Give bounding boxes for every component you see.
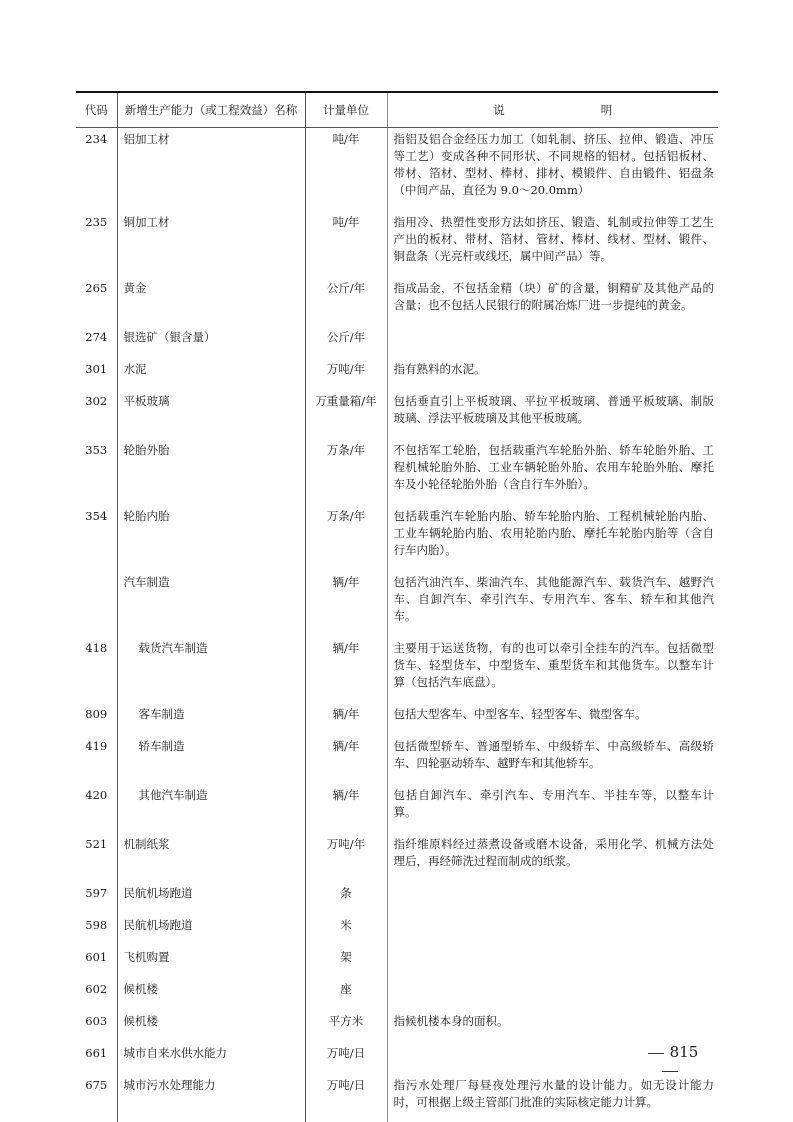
cell-code: 353 <box>76 439 117 505</box>
page-number: 815 <box>630 1043 710 1079</box>
cell-description: 指成品金，不包括金精（块）矿的含量，铜精矿及其他产品的含量；也不包括人民银行的附… <box>387 277 718 326</box>
header-description-right: 明 <box>601 103 613 117</box>
table-row: 420其他汽车制造辆/年包括自卸汽车、牵引汽车、专用汽车、半挂车等，以整车计算。 <box>76 784 718 833</box>
cell-code: 420 <box>76 784 117 833</box>
cell-unit: 万条/年 <box>305 505 387 571</box>
cell-description: 主要用于运送货物，有的也可以牵引全挂车的汽车。包括微型货车、轻型货车、中型货车、… <box>387 637 718 703</box>
cell-unit: 米 <box>305 914 387 946</box>
table-body: 234铝加工材吨/年指铝及铝合金经压力加工（如轧制、挤压、拉伸、锻造、冲压等工艺… <box>76 128 718 1122</box>
cell-description: 指污水处理厂每昼夜处理污水量的设计能力。如无设计能力时，可根据上级主管部门批准的… <box>387 1074 718 1122</box>
cell-name: 铜加工材 <box>117 211 305 277</box>
cell-unit: 公斤/年 <box>305 277 387 326</box>
cell-description <box>387 326 718 358</box>
cell-description: 包括大型客车、中型客车、轻型客车、微型客车。 <box>387 703 718 735</box>
cell-name: 候机楼 <box>117 978 305 1010</box>
cell-name: 城市污水处理能力 <box>117 1074 305 1122</box>
dash-left <box>648 1053 664 1054</box>
cell-code <box>76 571 117 637</box>
table-row: 597民航机场跑道条 <box>76 882 718 914</box>
cell-name: 民航机场跑道 <box>117 914 305 946</box>
header-unit: 计量单位 <box>305 93 387 128</box>
cell-unit: 公斤/年 <box>305 326 387 358</box>
cell-unit: 吨/年 <box>305 211 387 277</box>
header-description-left: 说 <box>493 103 505 117</box>
cell-name: 候机楼 <box>117 1010 305 1042</box>
cell-description <box>387 946 718 978</box>
table-row: 521机制纸浆万吨/年指纤维原料经过蒸煮设备或磨木设备，采用化学、机械方法处理后… <box>76 833 718 882</box>
cell-description: 包括载重汽车轮胎内胎、轿车轮胎内胎、工程机械轮胎内胎、工业车辆轮胎内胎、农用轮胎… <box>387 505 718 571</box>
cell-code: 418 <box>76 637 117 703</box>
table-row: 353轮胎外胎万条/年不包括军工轮胎，包括载重汽车轮胎外胎、轿车轮胎外胎、工程机… <box>76 439 718 505</box>
cell-code: 301 <box>76 358 117 390</box>
table-row: 265黄金公斤/年指成品金，不包括金精（块）矿的含量，铜精矿及其他产品的含量；也… <box>76 277 718 326</box>
cell-code: 354 <box>76 505 117 571</box>
cell-description <box>387 914 718 946</box>
cell-unit: 万条/年 <box>305 439 387 505</box>
cell-name: 民航机场跑道 <box>117 882 305 914</box>
cell-unit: 条 <box>305 882 387 914</box>
cell-code: 597 <box>76 882 117 914</box>
cell-name: 客车制造 <box>117 703 305 735</box>
cell-description: 指用冷、热塑性变形方法如挤压、锻造、轧制或拉伸等工艺生产出的板材、带材、箔材、管… <box>387 211 718 277</box>
cell-code: 521 <box>76 833 117 882</box>
cell-name: 轮胎内胎 <box>117 505 305 571</box>
cell-unit: 吨/年 <box>305 128 387 212</box>
cell-name: 其他汽车制造 <box>117 784 305 833</box>
cell-unit: 辆/年 <box>305 703 387 735</box>
table-row: 301水泥万吨/年指有熟料的水泥。 <box>76 358 718 390</box>
cell-code: 675 <box>76 1074 117 1122</box>
cell-code: 235 <box>76 211 117 277</box>
table-header-row: 代码 新增生产能力（或工程效益）名称 计量单位 说明 <box>76 93 718 128</box>
cell-code: 661 <box>76 1042 117 1074</box>
table-row: 598民航机场跑道米 <box>76 914 718 946</box>
cell-code: 419 <box>76 735 117 784</box>
table-row: 809客车制造辆/年包括大型客车、中型客车、轻型客车、微型客车。 <box>76 703 718 735</box>
cell-name: 城市自来水供水能力 <box>117 1042 305 1074</box>
cell-unit: 座 <box>305 978 387 1010</box>
table-row: 302平板玻璃万重量箱/年包括垂直引上平板玻璃、平拉平板玻璃、普通平板玻璃、制版… <box>76 390 718 439</box>
cell-unit: 万吨/日 <box>305 1074 387 1122</box>
table-row: 418载货汽车制造辆/年主要用于运送货物，有的也可以牵引全挂车的汽车。包括微型货… <box>76 637 718 703</box>
cell-description: 指有熟料的水泥。 <box>387 358 718 390</box>
cell-description: 指纤维原料经过蒸煮设备或磨木设备，采用化学、机械方法处理后，再经筛洗过程而制成的… <box>387 833 718 882</box>
cell-code: 265 <box>76 277 117 326</box>
table-row: 235铜加工材吨/年指用冷、热塑性变形方法如挤压、锻造、轧制或拉伸等工艺生产出的… <box>76 211 718 277</box>
page-number-text: 815 <box>670 1043 699 1061</box>
cell-code: 302 <box>76 390 117 439</box>
cell-name: 飞机购置 <box>117 946 305 978</box>
capacity-table-container: 代码 新增生产能力（或工程效益）名称 计量单位 说明 234铝加工材吨/年指铝及… <box>76 91 718 1122</box>
cell-code: 234 <box>76 128 117 212</box>
cell-name: 平板玻璃 <box>117 390 305 439</box>
cell-description <box>387 882 718 914</box>
cell-code: 603 <box>76 1010 117 1042</box>
cell-description: 包括汽油汽车、柴油汽车、其他能源汽车、载货汽车、越野汽车、自卸汽车、牵引汽车、专… <box>387 571 718 637</box>
table-row: 汽车制造辆/年包括汽油汽车、柴油汽车、其他能源汽车、载货汽车、越野汽车、自卸汽车… <box>76 571 718 637</box>
cell-description: 不包括军工轮胎，包括载重汽车轮胎外胎、轿车轮胎外胎、工程机械轮胎外胎、工业车辆轮… <box>387 439 718 505</box>
cell-unit: 辆/年 <box>305 735 387 784</box>
cell-unit: 架 <box>305 946 387 978</box>
cell-description: 包括自卸汽车、牵引汽车、专用汽车、半挂车等，以整车计算。 <box>387 784 718 833</box>
cell-code: 274 <box>76 326 117 358</box>
cell-unit: 辆/年 <box>305 784 387 833</box>
cell-name: 银选矿（银含量） <box>117 326 305 358</box>
table-row: 234铝加工材吨/年指铝及铝合金经压力加工（如轧制、挤压、拉伸、锻造、冲压等工艺… <box>76 128 718 212</box>
cell-unit: 辆/年 <box>305 637 387 703</box>
cell-description: 包括微型轿车、普通型轿车、中级轿车、中高级轿车、高级轿车、四轮驱动轿车、越野车和… <box>387 735 718 784</box>
cell-description: 指铝及铝合金经压力加工（如轧制、挤压、拉伸、锻造、冲压等工艺）变成各种不同形状、… <box>387 128 718 212</box>
cell-name: 黄金 <box>117 277 305 326</box>
cell-description <box>387 978 718 1010</box>
cell-unit: 平方米 <box>305 1010 387 1042</box>
cell-name: 轮胎外胎 <box>117 439 305 505</box>
capacity-table: 代码 新增生产能力（或工程效益）名称 计量单位 说明 234铝加工材吨/年指铝及… <box>76 93 718 1122</box>
cell-code: 601 <box>76 946 117 978</box>
cell-name: 汽车制造 <box>117 571 305 637</box>
header-code: 代码 <box>76 93 117 128</box>
cell-name: 载货汽车制造 <box>117 637 305 703</box>
header-description: 说明 <box>387 93 718 128</box>
table-row: 661城市自来水供水能力万吨/日 <box>76 1042 718 1074</box>
cell-description: 指候机楼本身的面积。 <box>387 1010 718 1042</box>
table-row: 675城市污水处理能力万吨/日指污水处理厂每昼夜处理污水量的设计能力。如无设计能… <box>76 1074 718 1122</box>
cell-description: 包括垂直引上平板玻璃、平拉平板玻璃、普通平板玻璃、制版玻璃、浮法平板玻璃及其他平… <box>387 390 718 439</box>
cell-code: 598 <box>76 914 117 946</box>
cell-unit: 万吨/年 <box>305 833 387 882</box>
table-row: 354轮胎内胎万条/年包括载重汽车轮胎内胎、轿车轮胎内胎、工程机械轮胎内胎、工业… <box>76 505 718 571</box>
cell-code: 809 <box>76 703 117 735</box>
cell-unit: 万吨/日 <box>305 1042 387 1074</box>
document-page: 代码 新增生产能力（或工程效益）名称 计量单位 说明 234铝加工材吨/年指铝及… <box>0 0 793 1122</box>
table-row: 603候机楼平方米指候机楼本身的面积。 <box>76 1010 718 1042</box>
cell-unit: 万吨/年 <box>305 358 387 390</box>
cell-name: 机制纸浆 <box>117 833 305 882</box>
cell-unit: 辆/年 <box>305 571 387 637</box>
table-row: 274银选矿（银含量）公斤/年 <box>76 326 718 358</box>
cell-name: 铝加工材 <box>117 128 305 212</box>
table-row: 419轿车制造辆/年包括微型轿车、普通型轿车、中级轿车、中高级轿车、高级轿车、四… <box>76 735 718 784</box>
header-name: 新增生产能力（或工程效益）名称 <box>117 93 305 128</box>
cell-name: 轿车制造 <box>117 735 305 784</box>
table-row: 601飞机购置架 <box>76 946 718 978</box>
table-row: 602候机楼座 <box>76 978 718 1010</box>
cell-unit: 万重量箱/年 <box>305 390 387 439</box>
cell-code: 602 <box>76 978 117 1010</box>
dash-right <box>662 1071 678 1072</box>
cell-name: 水泥 <box>117 358 305 390</box>
